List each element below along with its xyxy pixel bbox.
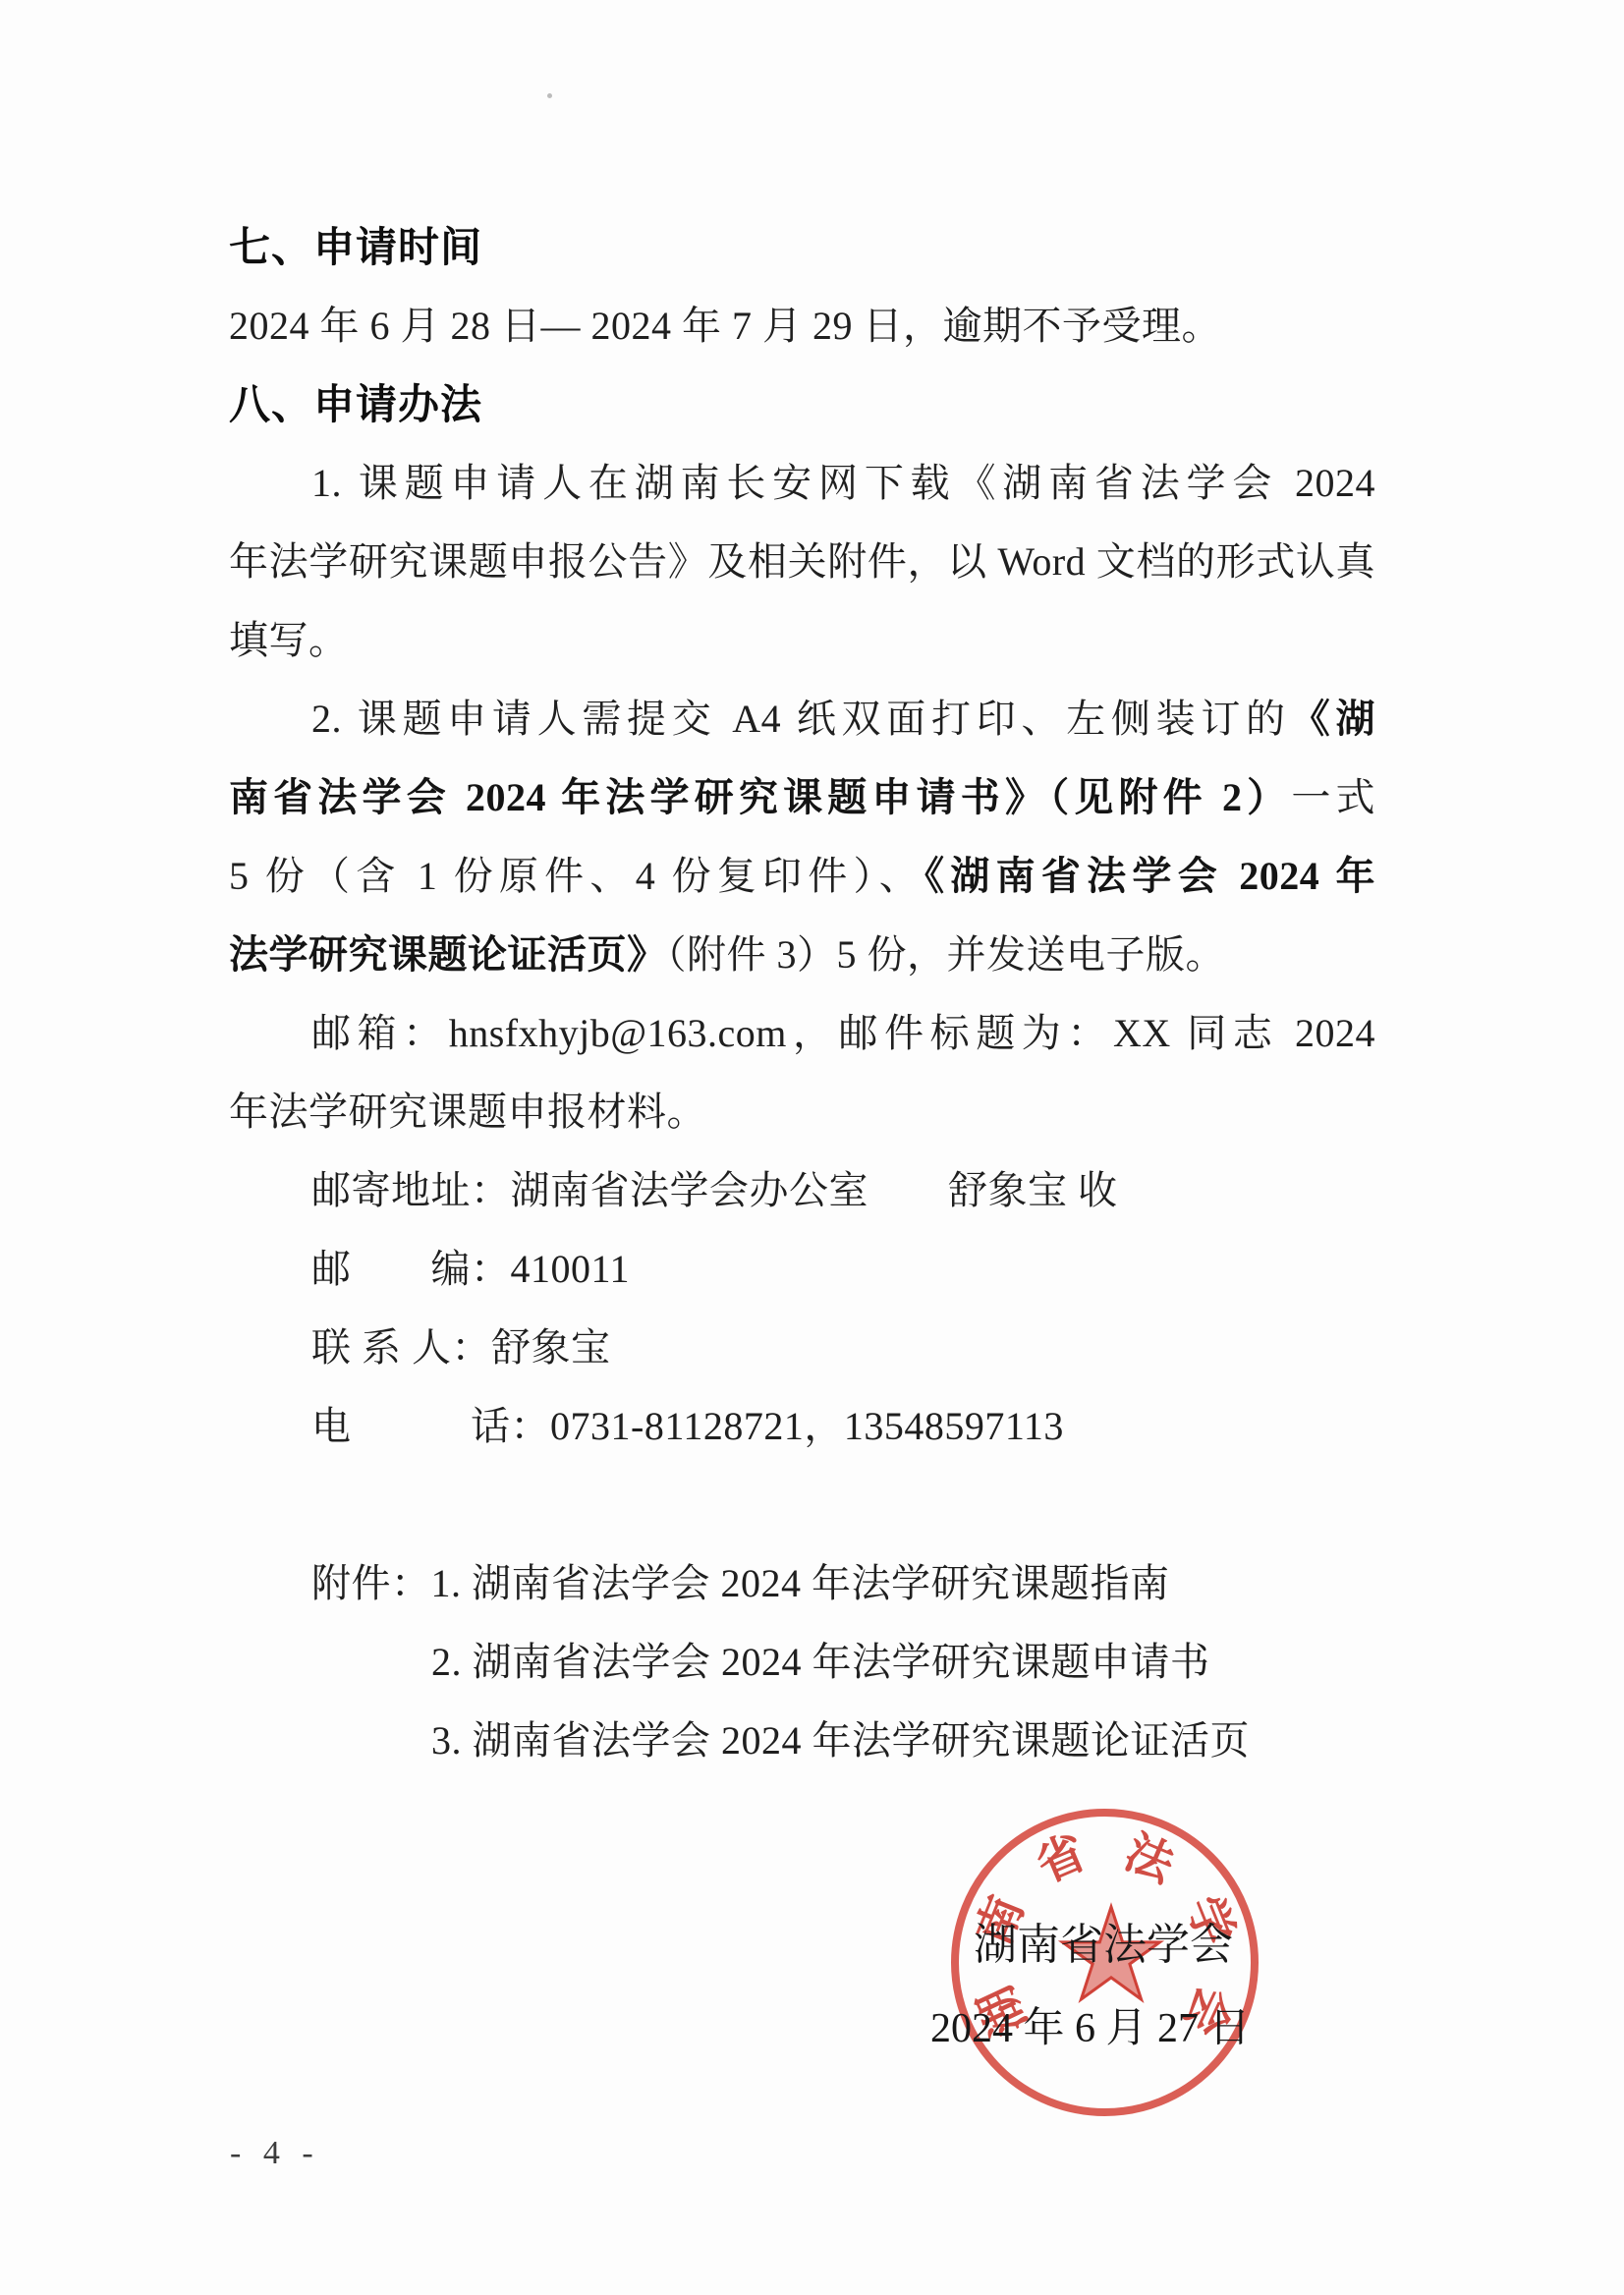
text-line: 年法学研究课题申报公告》及相关附件，以 Word 文档的形式认真 [229,523,1375,601]
text-line: 法学研究课题论证活页》（附件 3）5 份，并发送电子版。 [229,916,1375,994]
text-line: 3. 湖南省法学会 2024 年法学研究课题论证活页 [229,1702,1375,1780]
seal-ring-char: 省 [1030,1828,1092,1890]
signing-date: 2024 年 6 月 27 日 [930,2004,1251,2053]
text-line: 南省法学会 2024 年法学研究课题申请书》（见附件 2）一式 [229,758,1375,837]
text-line: 1. 课题申请人在湖南长安网下载《湖南省法学会 2024 [229,444,1375,523]
text-line: 5 份（含 1 份原件、4 份复印件）、《湖南省法学会 2024 年 [229,837,1375,916]
text-line: 邮 编：410011 [229,1230,1375,1309]
text-line: 2024 年 6 月 28 日— 2024 年 7 月 29 日，逾期不予受理。 [229,287,1375,365]
document-page: 七、申请时间2024 年 6 月 28 日— 2024 年 7 月 29 日，逾… [0,0,1624,2295]
text-line: 年法学研究课题申报材料。 [229,1073,1375,1151]
section-heading: 七、申请时间 [229,208,1375,287]
text-line: 2. 湖南省法学会 2024 年法学研究课题申请书 [229,1623,1375,1702]
scan-speck [547,93,552,98]
seal-ring-char: 法 [1118,1828,1180,1890]
text-line: 电 话：0731-81128721，13548597113 [229,1387,1375,1466]
page-number: - 4 - [230,2134,320,2173]
text-line: 2. 课题申请人需提交 A4 纸双面打印、左侧装订的《湖 [229,680,1375,758]
blank-line [229,1466,1375,1544]
text-line: 附件：1. 湖南省法学会 2024 年法学研究课题指南 [229,1544,1375,1623]
section-heading: 八、申请办法 [229,365,1375,444]
text-line: 填写。 [229,601,1375,680]
document-body: 七、申请时间2024 年 6 月 28 日— 2024 年 7 月 29 日，逾… [229,208,1375,1780]
text-line: 邮寄地址：湖南省法学会办公室 舒象宝 收 [229,1151,1375,1230]
text-line: 联 系 人：舒象宝 [229,1309,1375,1387]
signing-org-name: 湖南省法学会 [974,1920,1233,1971]
text-line: 邮箱：hnsfxhyjb@163.com，邮件标题为：XX 同志 2024 [229,994,1375,1073]
